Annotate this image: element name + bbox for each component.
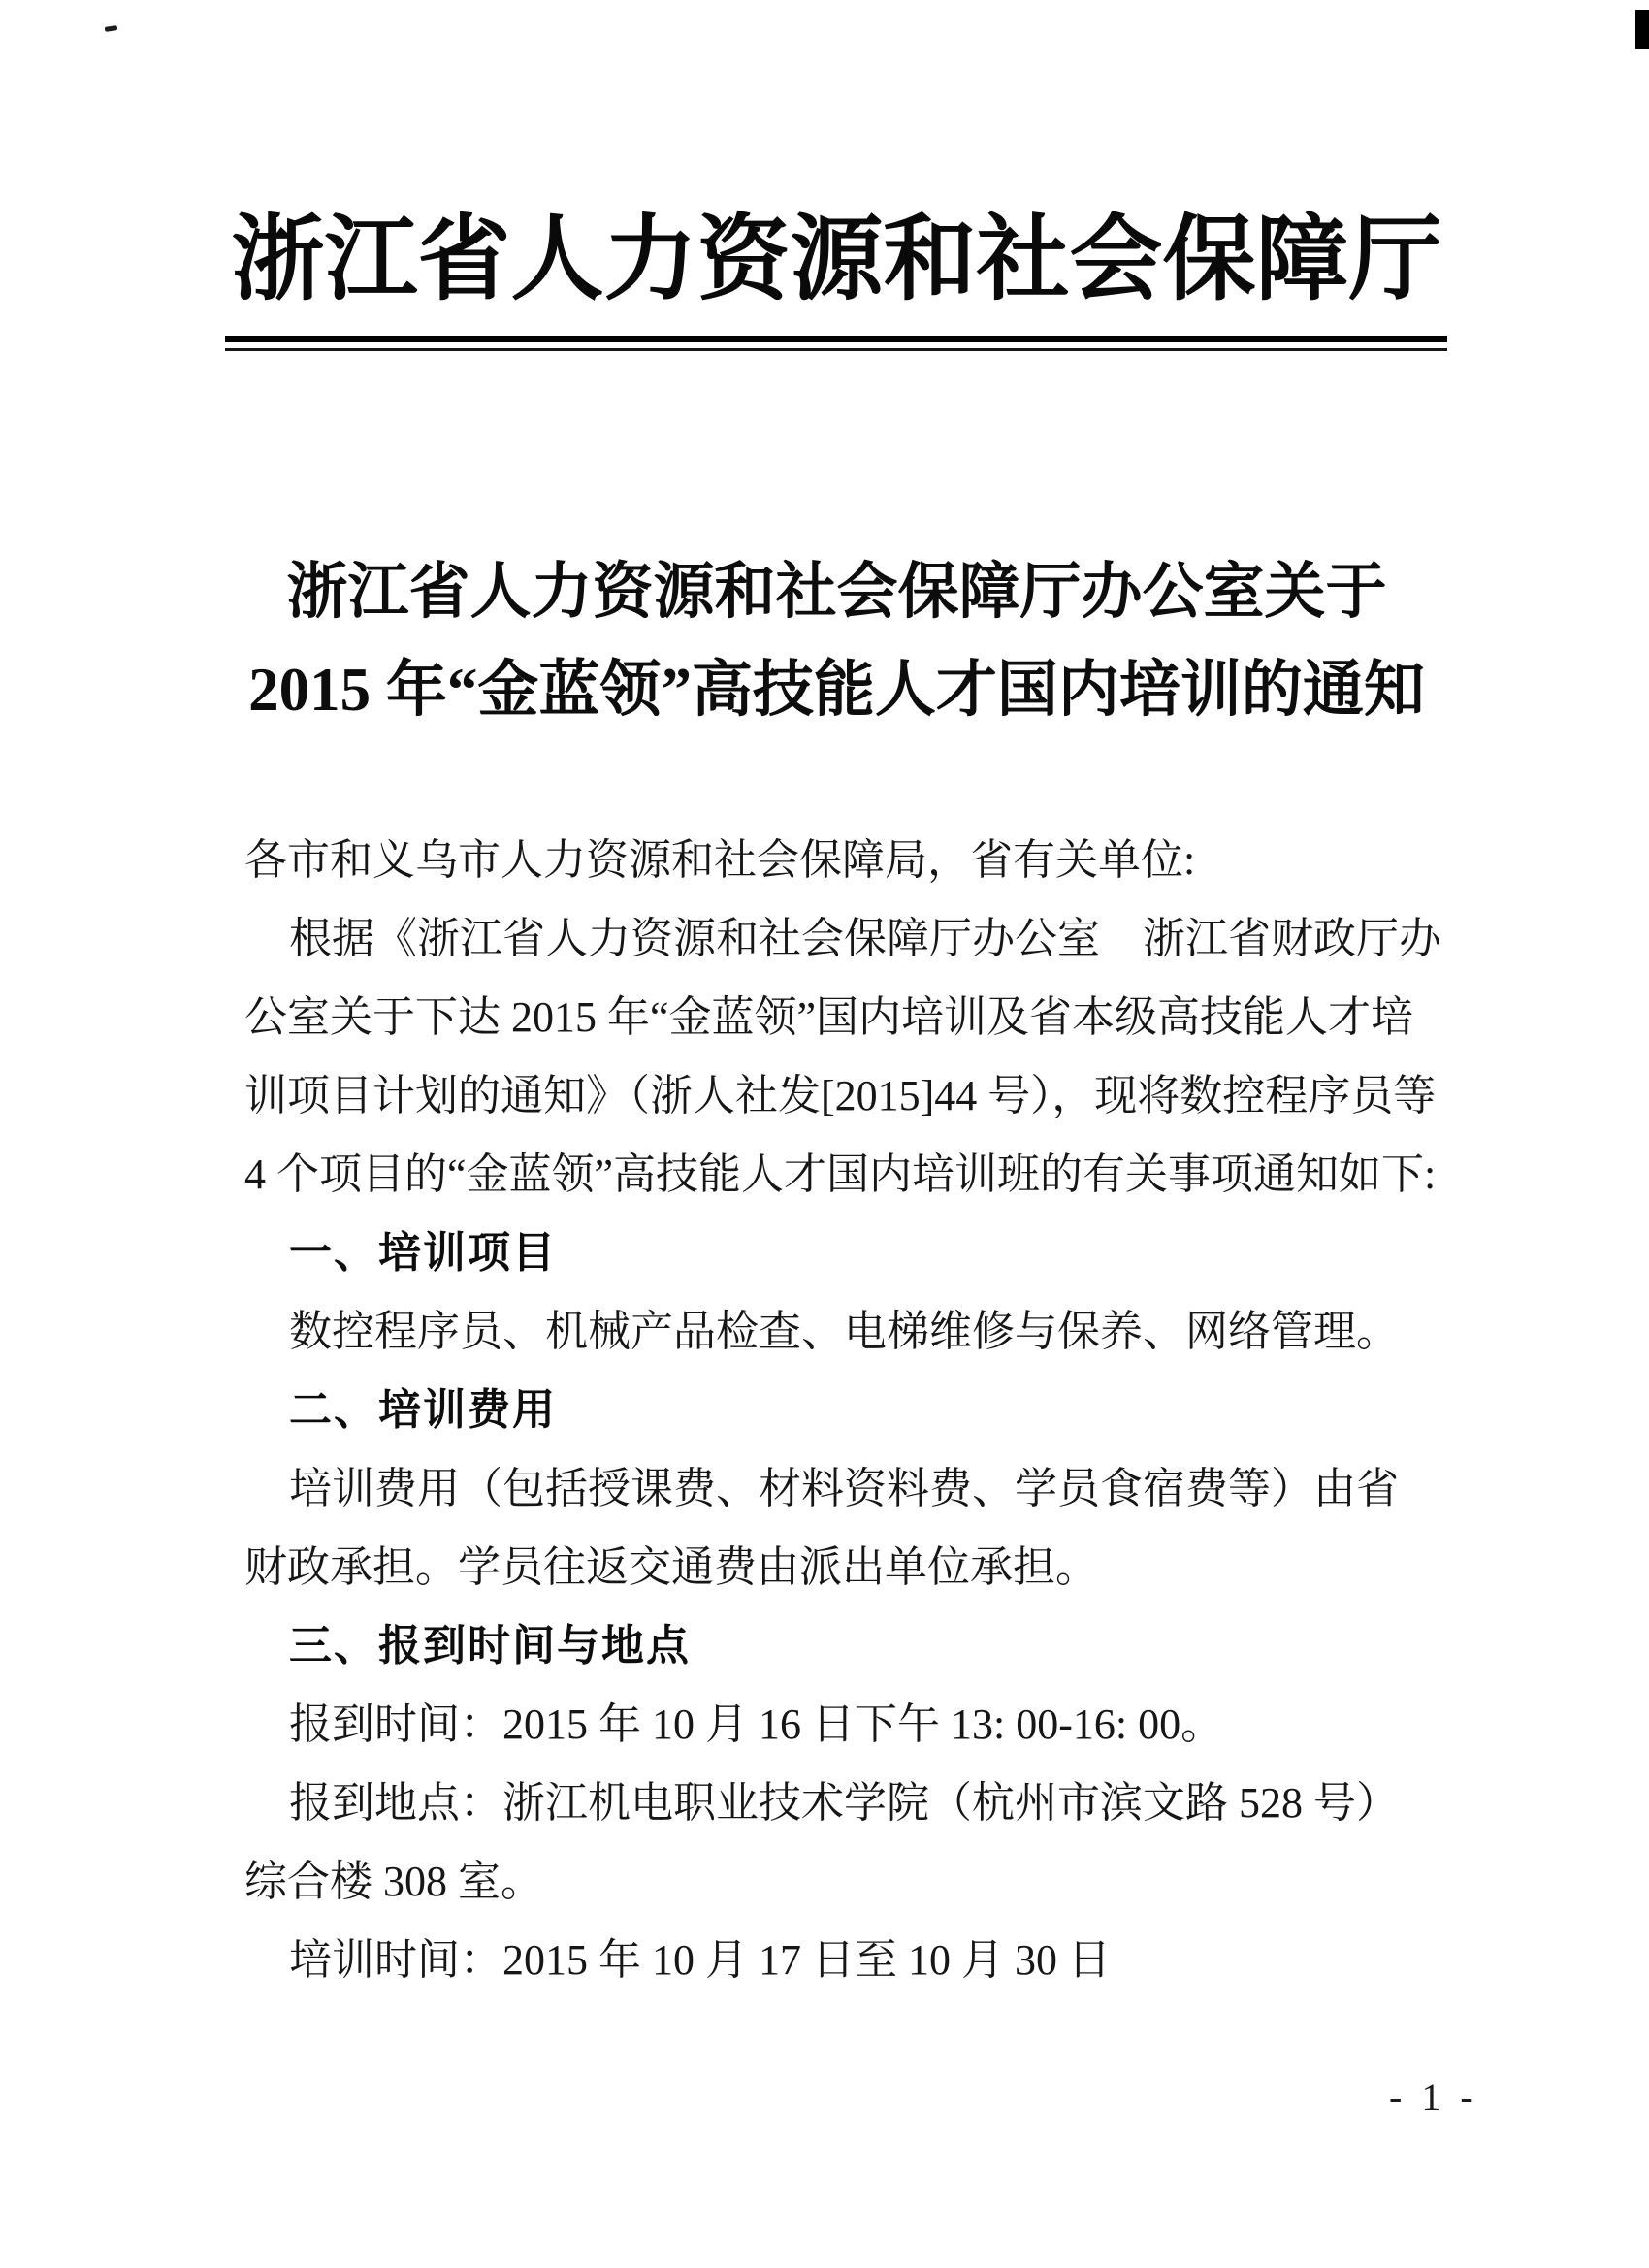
document-title-line2: 2015 年“金蓝领”高技能人才国内培训的通知 [223,641,1450,739]
document-page: 浙江省人力资源和社会保障厅 浙江省人力资源和社会保障厅办公室关于 2015 年“… [0,0,1649,2268]
section-heading-2: 二、培训费用 [244,1371,1476,1449]
body-line-salutation: 各市和义乌市人力资源和社会保障局，省有关单位: [244,821,1476,899]
section-heading-1: 一、培训项目 [244,1214,1476,1292]
scan-artifact-top-right [1635,10,1649,49]
body-line: 4 个项目的“金蓝领”高技能人才国内培训班的有关事项通知如下: [244,1135,1476,1214]
letterhead-rule-thick [225,336,1447,342]
document-title-line1: 浙江省人力资源和社会保障厅办公室关于 [223,543,1450,641]
page-number: - 1 - [1389,2074,1478,2120]
body-line: 财政承担。学员往返交通费由派出单位承担。 [244,1528,1476,1606]
document-body: 各市和义乌市人力资源和社会保障局，省有关单位: 根据《浙江省人力资源和社会保障厅… [244,821,1476,1999]
body-line: 培训费用（包括授课费、材料资料费、学员食宿费等）由省 [244,1449,1476,1528]
body-line: 报到地点：浙江机电职业技术学院（杭州市滨文路 528 号） [244,1764,1476,1842]
body-line: 根据《浙江省人力资源和社会保障厅办公室 浙江省财政厅办 [244,899,1476,978]
section-heading-3: 三、报到时间与地点 [244,1606,1476,1685]
scan-artifact-top-left [105,25,118,32]
body-line: 公室关于下达 2015 年“金蓝领”国内培训及省本级高技能人才培 [244,978,1476,1056]
document-title: 浙江省人力资源和社会保障厅办公室关于 2015 年“金蓝领”高技能人才国内培训的… [223,543,1450,739]
letterhead-rule-thin [225,348,1447,351]
body-line: 训项目计划的通知》（浙人社发[2015]44 号），现将数控程序员等 [244,1056,1476,1135]
body-line: 数控程序员、机械产品检查、电梯维修与保养、网络管理。 [244,1292,1476,1371]
body-line: 报到时间：2015 年 10 月 16 日下午 13: 00-16: 00。 [244,1685,1476,1764]
body-line: 培训时间：2015 年 10 月 17 日至 10 月 30 日 [244,1921,1476,1999]
body-line: 综合楼 308 室。 [244,1842,1476,1921]
letterhead-title: 浙江省人力资源和社会保障厅 [223,202,1450,318]
